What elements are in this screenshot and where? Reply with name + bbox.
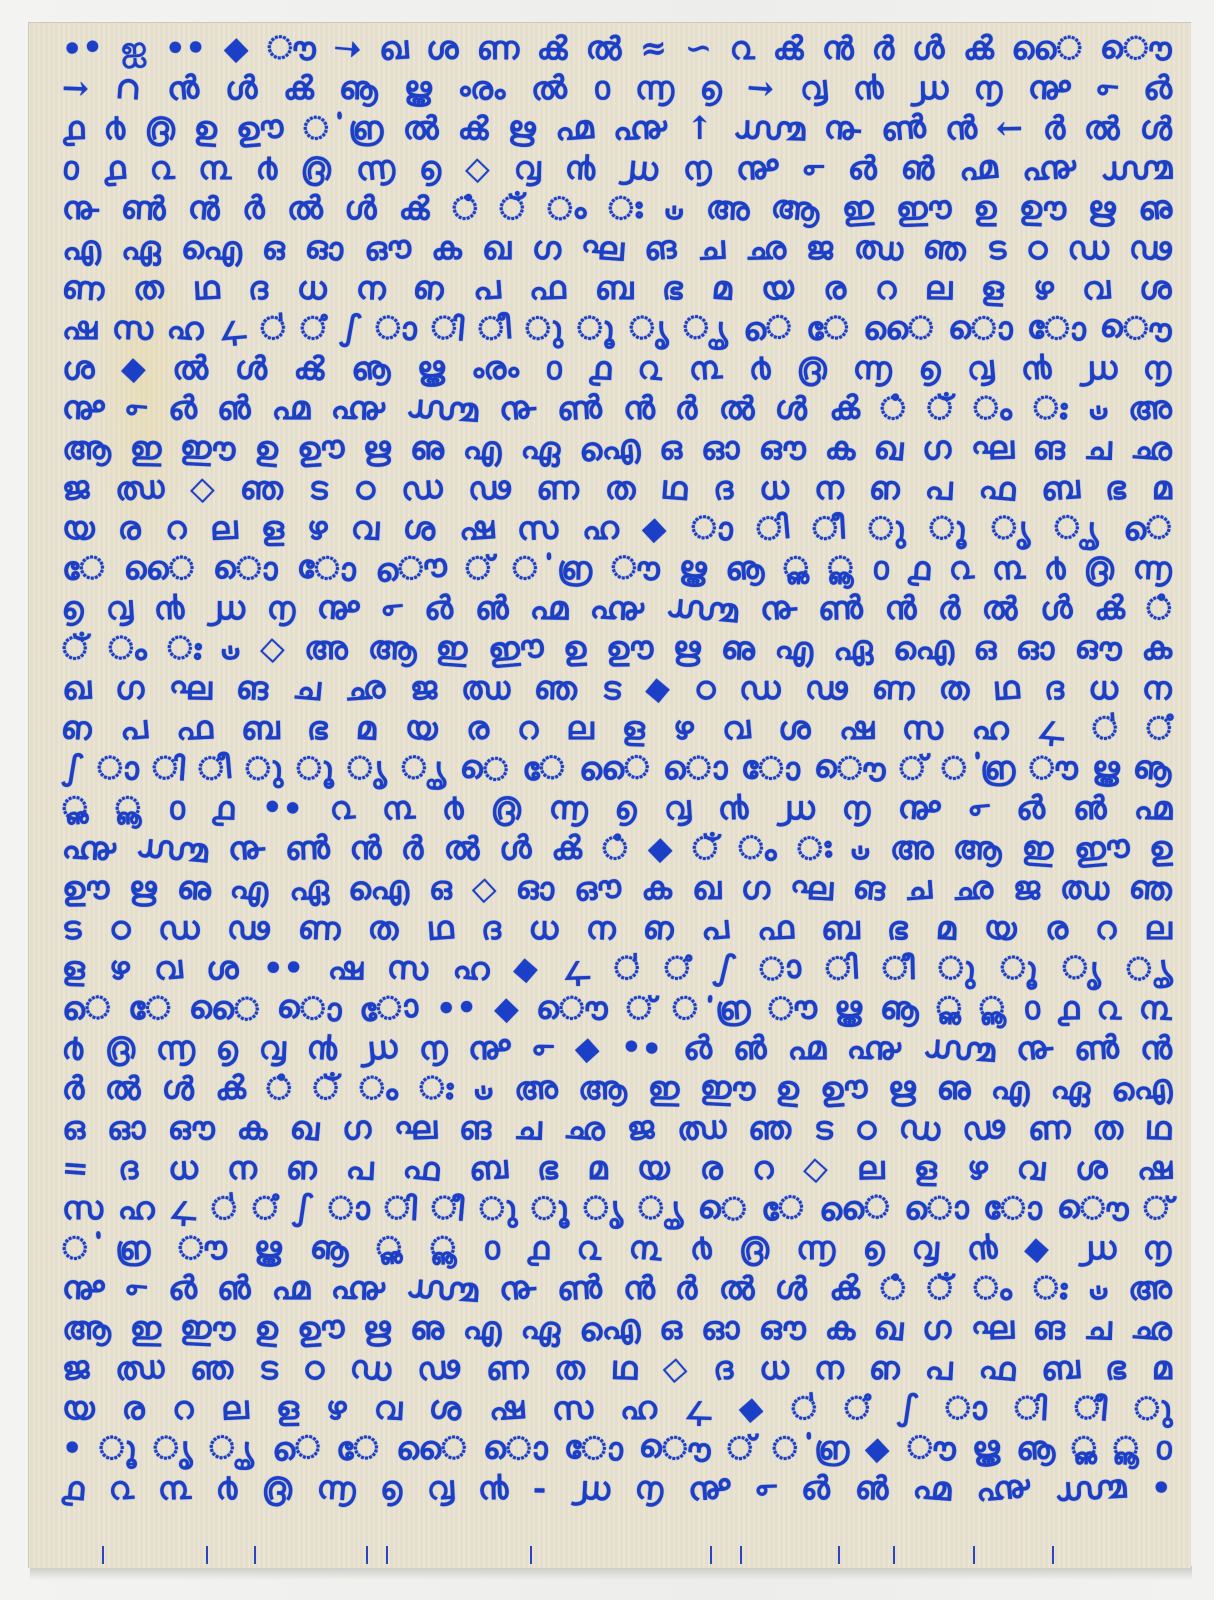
painted-glyph: ഈ [180,431,237,466]
painted-glyph: എ [61,231,101,265]
glyph-row: ഁംഃഄ◇അആഇഈഉഊഋഌഎഏഐഒഓഔക [62,628,1172,668]
painted-glyph: ശ [205,951,239,985]
painted-glyph: ൷ [1021,151,1076,186]
painted-glyph: ൬ [853,351,893,384]
painted-glyph: ഔ [363,230,412,265]
painted-glyph: ൸ [1099,151,1172,184]
painted-glyph: ഴ [966,1151,988,1184]
painted-glyph: ൶ [788,1032,826,1064]
painted-glyph: റ [1095,912,1117,945]
painted-glyph: ൷ [331,1271,386,1305]
painted-glyph: ൳ [966,791,990,825]
painted-glyph: ൏ [714,991,751,1025]
painted-glyph: ഀ [880,1272,907,1305]
painted-glyph: ൟ [456,70,506,106]
glyph-row: യരറലളഴവശഷസഹഺ◆഻഼ഽാിീു [62,1388,1172,1428]
painted-glyph: ഘ [970,1311,1014,1344]
painted-glyph: •• [619,1030,663,1065]
painted-glyph: ൦ [545,352,562,384]
painted-glyph: ർ [675,392,698,424]
painted-glyph: ം [546,191,587,225]
painted-glyph: ഭ [1105,472,1127,505]
painted-glyph: ് [464,551,494,584]
painted-glyph: ഼ [299,312,325,344]
painted-glyph: ഄ [220,631,241,664]
painted-glyph: ൧ [61,112,84,145]
painted-glyph: ല [924,272,952,304]
painted-glyph: ഥ [660,471,689,505]
painted-glyph: ശ [778,711,812,745]
painted-glyph: ൫ [1084,552,1114,585]
painted-glyph: ോ [741,751,801,785]
painted-glyph: ഏ [832,631,874,666]
painted-glyph: ക [1140,631,1173,666]
painted-glyph: ഘ [789,871,834,905]
painted-glyph: ൬ [155,1031,195,1064]
painted-glyph: ഐ [348,871,410,905]
painted-glyph: ൭ [379,1471,403,1505]
painted-glyph: ൧ [1057,992,1080,1024]
painted-glyph: ഫ [977,470,1016,505]
painted-glyph: ങ [851,871,886,906]
painted-glyph: ഗ [921,1311,952,1345]
painted-glyph: ഇ [647,1072,679,1105]
painted-glyph: ൵ [854,1471,889,1504]
painted-glyph: ൾ [344,192,376,224]
painted-glyph: ല [857,1152,885,1184]
painted-glyph: ഐ [1110,1069,1173,1106]
painted-glyph: ൱ [266,592,295,625]
painted-glyph: ണ [477,32,519,64]
painted-glyph: ഌ [937,1072,971,1104]
painted-glyph: ഛ [745,232,787,265]
painted-glyph: റ [874,272,896,304]
painted-glyph: ശ [61,351,95,385]
painted-glyph: ഢ [1129,231,1173,264]
painted-glyph: ൵ [217,391,252,424]
painted-glyph: ർ [62,1072,85,1104]
painted-glyph: ആ [953,831,1003,865]
painted-glyph: ൄ [208,1430,256,1465]
painted-glyph: ഔ [1074,630,1123,665]
painted-glyph: ള [621,712,645,745]
painted-glyph: ൊ [948,311,1013,344]
painted-glyph: ൣ [429,1231,456,1264]
painted-glyph: ഄ [473,1071,494,1105]
painted-glyph: ി [824,951,858,985]
painted-glyph: ദ [1044,672,1065,705]
painted-glyph: ന [814,1352,844,1385]
painted-glyph: ൦ [168,792,185,824]
painted-glyph: േ [521,751,566,786]
painted-glyph: ൳ [124,1271,148,1305]
painted-glyph: ൌ [1100,31,1173,65]
painted-glyph: ി [755,511,790,546]
painted-glyph: ൭ [216,1032,238,1064]
diamond-glyph: ◆ [574,1031,600,1064]
painted-glyph: ഖ [482,232,511,264]
painted-glyph: ് [726,1431,757,1465]
painted-glyph: ഽ [897,1392,919,1424]
painted-glyph: സ [517,511,559,544]
painted-glyph: ൧ [212,792,235,825]
painted-glyph: ൩ [158,1471,192,1504]
painted-glyph: ഡ [739,672,781,705]
painted-glyph: ഒ [429,872,452,904]
painted-glyph: ≈ [639,31,668,65]
painted-glyph: ഄ [665,192,684,224]
painted-glyph: മ [588,1152,608,1184]
painted-glyph: ൺ [879,110,926,146]
painted-glyph: ട [61,911,83,945]
painted-glyph: ഓ [107,1112,146,1145]
painted-glyph: ൃ [347,752,388,785]
painted-glyph: ഔ [758,1312,805,1345]
painted-glyph: ൮ [258,1032,286,1065]
painted-glyph: വ [1016,1151,1047,1185]
painted-glyph: ഃ [796,831,832,865]
painted-glyph: ഴ [108,951,131,984]
painted-glyph: ൽ [981,591,1019,625]
painted-glyph: ൗ [610,551,660,586]
painted-glyph: അ [1128,1271,1173,1305]
painted-glyph: ങ [643,231,678,266]
painted-glyph: ള [61,952,85,985]
painted-glyph: ഌ [176,871,212,905]
painted-glyph: ൺ [556,391,602,425]
painted-glyph: ഷ [328,952,364,985]
painted-glyph: → [746,71,775,105]
painted-glyph: ൳ [802,152,823,184]
painted-glyph: ഡ [897,1110,941,1145]
painted-glyph: ൺ [817,591,863,625]
painted-glyph: ദ [480,912,501,945]
painted-glyph: ൺ [284,831,330,865]
painted-glyph: ഌ [720,631,756,665]
tick-mark [386,1546,388,1564]
painted-glyph: ഺ [1035,711,1065,745]
painted-glyph: ഷ [62,312,97,344]
painted-glyph: ൭ [61,591,85,625]
painted-glyph: ഓ [304,230,345,265]
painted-glyph: ഢ [805,672,848,705]
painted-glyph: ീ [1073,1391,1108,1426]
painted-glyph: • [61,1432,83,1465]
painted-glyph: ഻ [1091,711,1119,745]
painted-glyph: ഠ [302,1351,325,1384]
painted-glyph: ഭ [307,712,328,744]
painted-glyph: യ [760,271,795,306]
painted-glyph: ഉ [973,192,996,224]
painted-glyph: ൮ [514,152,541,184]
painted-glyph: ൭ [862,1232,885,1265]
painted-glyph: ഥ [610,1352,637,1385]
painted-glyph: •• [261,791,304,826]
painted-glyph: ഒ [973,632,996,664]
diamond-glyph: ◆ [738,1391,765,1425]
glyph-row: ൧൪൫ഉഊൎ൏ൽൿഋ൶൷↑൸൹ൺൻ←ർൽൾ [62,108,1172,148]
glyph-row: ൢൣ൦൧••൨൩൪൫൬൭൮൯൰൱൲൳൴൵൶ [62,788,1172,828]
painted-glyph: ആ [770,190,821,226]
painted-glyph: ൏ [348,112,384,145]
painted-glyph: ൈ [124,552,195,584]
painted-glyph: ൏ [557,552,593,585]
painted-glyph: ൫ [300,151,332,185]
painted-glyph: ഢ [227,912,270,945]
painted-glyph: റ [751,1151,775,1185]
painted-glyph: ഈ [895,191,951,225]
painted-glyph: ഃ [1032,1271,1068,1305]
painted-glyph: ഘ [169,672,213,705]
painted-glyph: ാ [945,1392,987,1425]
painted-glyph: ൠ [677,551,707,585]
painted-glyph: ണ [297,911,341,945]
glyph-row: ടഠഡഢണതഥദധനഩപഫബഭമയരറല [62,908,1172,948]
diamond-glyph: ◆ [224,32,249,64]
painted-glyph: മ [935,911,957,944]
painted-glyph: ൴ [1016,791,1046,824]
painted-glyph: ൻ [166,71,200,106]
painted-glyph: ച [1083,432,1112,465]
painted-glyph: ൪ [255,152,277,185]
painted-glyph: ഃ [418,1071,454,1105]
painted-glyph: േ [805,311,849,345]
painted-glyph: ൪ [61,1031,85,1065]
painted-glyph: •• [165,32,206,65]
diamond-glyph: ◆ [1024,1231,1050,1264]
painted-glyph: ക [824,1311,856,1345]
painted-glyph: റ [171,1391,195,1425]
painted-glyph: ൪ [689,1231,712,1264]
painted-glyph: ു [1133,1391,1173,1426]
tick-mark [1052,1546,1054,1564]
painted-glyph: പ [119,711,149,745]
diamond-glyph: ◆ [120,352,146,385]
painted-glyph: ൃ [990,511,1032,545]
painted-glyph: ൸ [922,1030,996,1067]
painted-glyph: ര [699,1151,724,1185]
canvas-shadow [30,1566,1192,1580]
painted-glyph: ഝ [114,1351,165,1386]
painted-glyph: ഽ [62,752,83,784]
painted-glyph: •• [61,30,105,65]
glyph-row: ൷൸൹ൺൻർൽൾൿഀ◆ഁംഃഄഅആഇഈഉ [62,828,1172,868]
painted-glyph: ഞ [922,230,968,266]
painted-glyph: ട [985,231,1006,264]
painted-glyph: ൰ [618,150,660,185]
painted-glyph: ൮ [966,351,995,385]
painted-glyph: ന [355,271,386,305]
painted-glyph: ൠ [1091,751,1120,784]
painted-glyph: ൻ [622,1272,654,1305]
painted-glyph: ഋ [673,632,701,664]
glyph-row: ൪൫൬൭൮൯൰൱൲൳◆••൴൵൶൷൸൹ൺൻ [62,1028,1172,1068]
painted-glyph: ആ [367,631,417,665]
painted-glyph: ഖ [691,872,721,905]
painted-glyph: ൎ [670,991,698,1025]
painted-glyph: ൻ [944,111,977,145]
painted-glyph: ↑ [686,112,713,144]
painted-glyph: ൨ [576,1231,602,1264]
painted-glyph: ഗ [740,872,770,905]
painted-glyph: ം [973,1271,1013,1304]
painted-glyph: ൫ [104,1031,136,1065]
painted-glyph: ഊ [62,872,110,905]
glyph-field: ••ஐ••◆ൗ➝ഖശണൿൽ≈∽൨ൿൻർൾൿൈൌ→∩ൻൾൿൡൠൟൽ൦൬൭→൮൯൰൱… [62,28,1172,1528]
painted-glyph: ബ [468,1151,509,1186]
painted-glyph: ജ [1013,872,1040,904]
painted-glyph: ഡ [349,1350,393,1385]
painted-glyph: ൬ [635,72,674,104]
diamond-glyph: ◇ [465,152,490,184]
painted-glyph: ൌ [813,750,887,787]
painted-glyph: ാ [327,1192,369,1225]
painted-glyph: ൈ [188,991,260,1025]
painted-glyph: ൿ [772,32,803,65]
painted-glyph: ഈ [699,1071,756,1106]
glyph-row: ൲൳൴൵൶൷൸൹ൺൻർൽൾൿഀഁംഃഄഅ [62,1268,1172,1308]
painted-glyph: ൽ [585,31,623,65]
painted-glyph: ള [914,1152,937,1184]
painted-glyph: ഝ [461,672,510,704]
painted-glyph: ീ [430,1191,465,1226]
painted-glyph: ൈ [578,751,650,785]
painted-glyph: ൳ [124,391,148,425]
painted-glyph: ഹ [166,311,205,345]
tick-mark [973,1546,975,1564]
painted-glyph: ി [383,1191,417,1225]
painted-glyph: ഁ [692,831,719,864]
painted-glyph: െ [61,991,111,1025]
diamond-glyph: ◆ [642,512,668,545]
painted-glyph: ധ [758,1351,789,1385]
painted-glyph: ൶ [554,111,595,146]
painted-glyph: ൵ [217,1271,252,1304]
painted-glyph: ഀ [450,191,478,225]
painted-glyph: ഉ [562,631,587,664]
painted-glyph: ൢ [375,1231,403,1265]
painted-glyph: ം [737,830,779,865]
painted-glyph: ഁ [927,392,953,424]
painted-glyph: ൠ [970,1431,1000,1465]
painted-glyph: ശ [402,511,437,546]
painted-glyph: ് [898,751,929,785]
painted-glyph: ഻ [210,1191,238,1225]
painted-glyph: ഉ [1148,831,1173,864]
painted-glyph: ഝ [114,471,165,506]
painted-glyph: െ [270,1430,321,1466]
glyph-row: ജഝ◇ഞടഠഡഢണതഥദധനഩപഫബഭമ [62,468,1172,508]
painted-glyph: ൬ [796,1232,835,1264]
painted-glyph: ൢ [1071,1432,1097,1464]
painted-glyph: ൾ [774,1271,809,1306]
tick-mark [206,1546,208,1564]
painted-glyph: എ [463,1311,503,1344]
painted-glyph: ൺ [120,191,166,225]
painted-glyph: ന [1142,671,1173,704]
painted-glyph: ൰ [206,592,245,624]
painted-glyph: ൦ [592,72,610,105]
painted-glyph: ൃ [1061,950,1104,985]
painted-glyph: ൱ [418,1031,448,1064]
painted-glyph: → [61,72,89,105]
painted-glyph: ൾ [1138,111,1173,146]
painted-glyph: ൠ [834,992,862,1024]
painted-glyph: ൨ [108,1471,135,1505]
painted-glyph: ഗ [341,1111,372,1145]
painted-glyph: ൗ [1029,752,1078,785]
painted-glyph: ഘ [393,1111,437,1144]
painted-glyph: ഇ [435,631,469,665]
painted-glyph: ധ [167,1151,198,1185]
painted-glyph: ൠ [416,351,445,384]
glyph-row: യരറലളഴവശഷസഹ◆ാിീുൂൃൄെ [62,508,1172,548]
painted-glyph: ൣ [1113,1432,1139,1464]
painted-glyph: ൪ [216,1472,237,1504]
painted-glyph: പ [472,271,502,305]
painted-glyph: ന [814,472,844,505]
painted-glyph: ൴ [801,1472,830,1504]
painted-glyph: ൯ [478,1472,509,1505]
painted-glyph: ഷ [488,1391,525,1425]
diamond-glyph: ◆ [647,832,672,864]
painted-glyph: ൸ [405,390,479,427]
painted-glyph: ഢ [416,1351,461,1386]
painted-glyph: ത [554,1352,585,1384]
painted-glyph: ഷ [458,511,495,545]
painted-glyph: •• [262,952,303,985]
painted-glyph: ന [586,911,617,944]
painted-glyph: ൬ [315,1471,356,1506]
painted-glyph: ൸ [135,829,210,867]
painted-glyph: ങ [235,671,269,705]
glyph-row: ആഇഈഉഊഋഌഎഏഐഒഓഔകഖഗഘങചഛ [62,428,1172,468]
painted-glyph: ഡ [1067,232,1108,264]
painted-glyph: ഠ [693,671,716,704]
painted-glyph: ൱ [682,151,713,185]
painted-glyph: ൯ [1020,351,1052,385]
diamond-glyph: ◆ [512,951,539,985]
painted-glyph: ർ [241,191,266,224]
painted-glyph: ൊ [213,551,279,585]
painted-glyph: ൡ [879,991,919,1024]
painted-glyph: ഴ [326,1392,347,1424]
painted-glyph: ൫ [797,352,827,384]
painted-glyph: ൻ [1140,1032,1172,1065]
painted-glyph: ഷ [1136,1151,1172,1184]
painted-glyph: ൴ [1142,71,1173,105]
painted-glyph: ക [640,871,672,905]
painted-glyph: ങ [1033,432,1065,464]
painted-glyph: ൯ [852,71,884,105]
painted-glyph: ൶ [272,1272,310,1304]
painted-glyph: ൪ [104,112,125,144]
painted-glyph: ൭ [418,151,441,184]
painted-glyph: ൴ [847,152,877,185]
painting-canvas: ••ஐ••◆ൗ➝ഖശണൿൽ≈∽൨ൿൻർൾൿൈൌ→∩ൻൾൿൡൠൟൽ൦൬൭→൮൯൰൱… [28,22,1191,1568]
painted-glyph: ഔ [168,1112,215,1145]
painted-glyph: ഊ [606,632,654,665]
painted-glyph: വ [1081,271,1111,305]
painted-glyph: ഀ [602,832,628,864]
painted-glyph: ഩ [870,1352,900,1385]
painted-glyph: ഹ [451,950,490,985]
painted-glyph: ബ [1040,471,1081,506]
painted-glyph: ള [275,1392,298,1424]
painted-glyph: ച [513,1112,542,1145]
painted-glyph: ൊ [482,1431,547,1464]
painted-glyph: ള [980,271,1005,304]
